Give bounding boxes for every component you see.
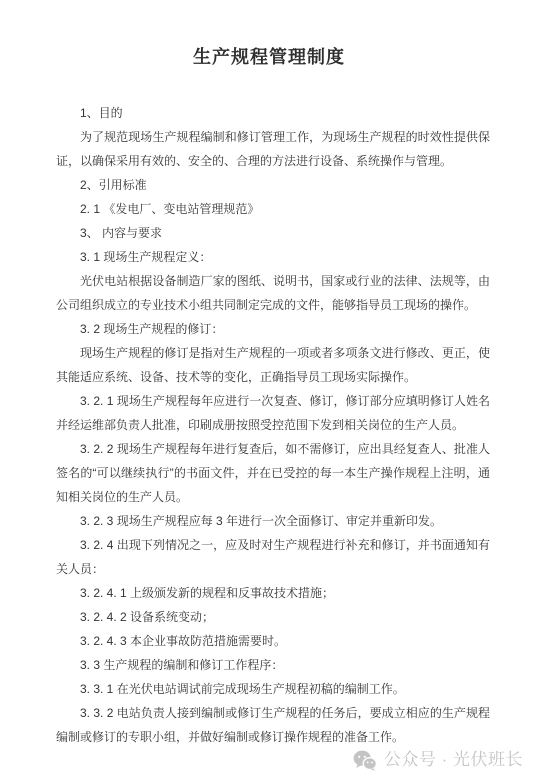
watermark: 公众号 · 光伏班长 — [353, 749, 523, 771]
paragraph: 2、引用标准 — [56, 173, 490, 197]
paragraph: 3. 2. 4. 2 设备系统变动； — [56, 605, 490, 629]
paragraph: 1、目的 — [56, 101, 490, 125]
paragraph: 3. 3. 2 电站负责人接到编制或修订生产规程的任务后，要成立相应的生产规程编… — [56, 701, 490, 749]
paragraph: 3. 2. 4. 1 上级颁发新的规程和反事故技术措施； — [56, 581, 490, 605]
paragraph: 2. 1 《发电厂、变电站管理规范》 — [56, 197, 490, 221]
document-page: 生产规程管理制度 1、目的为了规范现场生产规程编制和修订管理工作，为现场生产规程… — [0, 0, 538, 781]
document-title: 生产规程管理制度 — [0, 44, 538, 70]
document-body: 1、目的为了规范现场生产规程编制和修订管理工作，为现场生产规程的时效性提供保证，… — [56, 101, 490, 749]
paragraph: 3. 3 生产规程的编制和修订工作程序： — [56, 653, 490, 677]
paragraph: 3. 2. 4 出现下列情况之一，应及时对生产规程进行补充和修订，并书面通知有关… — [56, 533, 490, 581]
paragraph: 现场生产规程的修订是指对生产规程的一项或者多项条文进行修改、更正，使其能适应系统… — [56, 341, 490, 389]
paragraph: 3. 3. 1 在光伏电站调试前完成现场生产规程初稿的编制工作。 — [56, 677, 490, 701]
paragraph: 3. 1 现场生产规程定义： — [56, 245, 490, 269]
wechat-icon — [353, 750, 377, 771]
paragraph: 3、 内容与要求 — [56, 221, 490, 245]
paragraph: 3. 2 现场生产规程的修订： — [56, 317, 490, 341]
paragraph: 3. 2. 2 现场生产规程每年进行复查后，如不需修订，应出具经复查人、批准人签… — [56, 437, 490, 509]
paragraph: 为了规范现场生产规程编制和修订管理工作，为现场生产规程的时效性提供保证，以确保采… — [56, 125, 490, 173]
paragraph: 光伏电站根据设备制造厂家的图纸、说明书，国家或行业的法律、法规等，由公司组织成立… — [56, 269, 490, 317]
paragraph: 3. 2. 1 现场生产规程每年应进行一次复查、修订，修订部分应填明修订人姓名并… — [56, 389, 490, 437]
paragraph: 3. 2. 3 现场生产规程应每 3 年进行一次全面修订、审定并重新印发。 — [56, 509, 490, 533]
watermark-text: 公众号 · 光伏班长 — [384, 749, 523, 771]
paragraph: 3. 2. 4. 3 本企业事故防范措施需要时。 — [56, 629, 490, 653]
